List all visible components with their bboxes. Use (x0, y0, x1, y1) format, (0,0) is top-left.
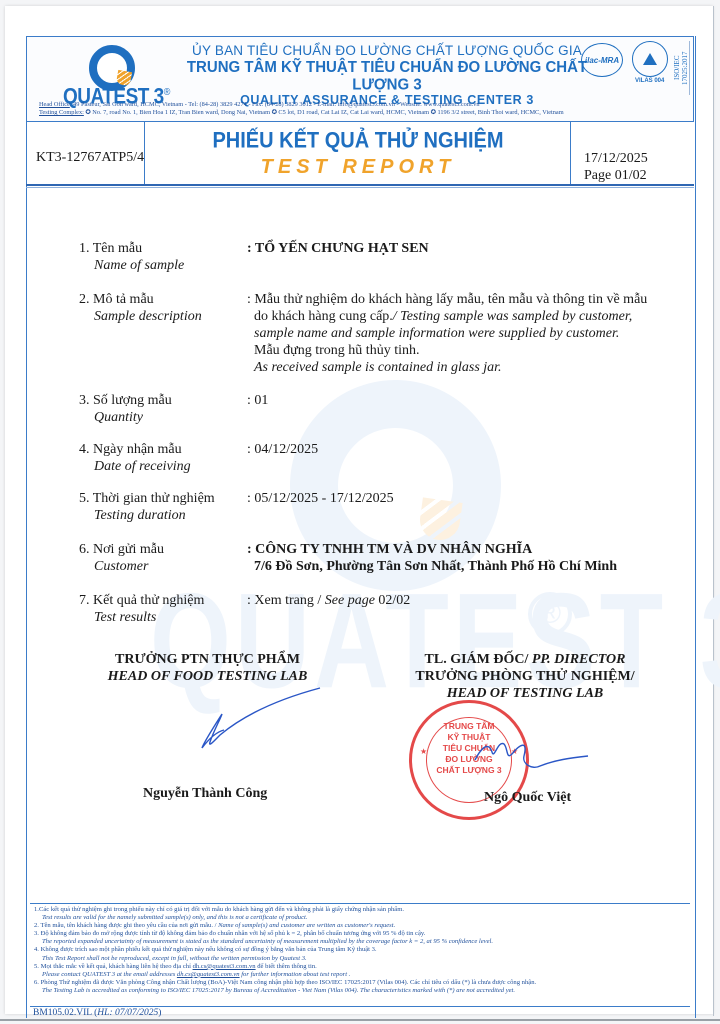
logo-rays-icon (116, 70, 132, 86)
field-label-vn: 5. Thời gian thử nghiệm (79, 491, 215, 506)
signature-title-3: HEAD OF TESTING LAB (400, 685, 650, 702)
signature-title-2: TRƯỞNG PHÒNG THỬ NGHIỆM/ (400, 668, 650, 685)
field-value: : TỔ YẾN CHƯNG HẠT SEN (247, 240, 679, 257)
note-1-en: Test results are valid for the namely su… (34, 914, 686, 922)
page-edge-bottom (0, 1019, 720, 1021)
report-title-vn: PHIẾU KẾT QUẢ THỬ NGHIỆM (146, 129, 570, 154)
note-4-vn: 4. Không được trích sao một phần phiếu k… (34, 946, 686, 954)
report-date-page: 17/12/2025 Page 01/02 (584, 150, 648, 184)
org-line-2: TRUNG TÂM KỸ THUẬT TIÊU CHUẨN ĐO LƯỜNG C… (177, 58, 597, 94)
field-label-vn: 4. Ngày nhận mẫu (79, 442, 182, 457)
field-label-en: Test results (79, 609, 249, 626)
footnotes: 1.Các kết quả thử nghiệm ghi trong phiếu… (30, 903, 690, 1007)
field-label-vn: 3. Số lượng mẫu (79, 393, 172, 408)
form-code: BM105.02.VIL (HL: 07/07/2025) (33, 1008, 161, 1018)
field-label-vn: 7. Kết quả thử nghiệm (79, 593, 204, 608)
field-label-en: Sample description (79, 308, 249, 325)
note-6-en: The Testing Lab is accredited as conform… (34, 987, 686, 995)
letterhead: QUATEST 3® ỦY BAN TIÊU CHUẨN ĐO LƯỜNG CH… (26, 36, 694, 122)
contact-email-link[interactable]: dh.cs@quatest3.com.vn (193, 963, 256, 970)
note-3-vn: 3. Độ không đảm bảo đo mở rộng được tính… (34, 930, 686, 938)
field-label-vn: 2. Mô tả mẫu (79, 292, 154, 307)
note-3-en: The reported expanded uncertainty of mea… (34, 938, 686, 946)
field-label-en: Date of receiving (79, 458, 249, 475)
field-label-vn: 1. Tên mẫu (79, 241, 142, 256)
note-2: 2. Tên mẫu, tên khách hàng được ghi theo… (34, 922, 686, 930)
organization-name: ỦY BAN TIÊU CHUẨN ĐO LƯỜNG CHẤT LƯỢNG QU… (177, 43, 597, 107)
report-date: 17/12/2025 (584, 150, 648, 167)
title-band: KT3-12767ATP5/4 PHIẾU KẾT QUẢ THỬ NGHIỆM… (26, 122, 694, 189)
note-5-vn: 5. Mọi thắc mắc về kết quả, khách hàng l… (34, 963, 686, 971)
signature-scribble-right-icon (470, 730, 590, 780)
signature-title-vn: TL. GIÁM ĐỐC/ PP. DIRECTOR (400, 651, 650, 668)
vilas-label: VILAS 004 (635, 78, 664, 84)
field-value: : 05/12/2025 - 17/12/2025 (247, 490, 679, 507)
field-value: : CÔNG TY TNHH TM VÀ DV NHÂN NGHĨA 7/6 Đ… (247, 541, 679, 575)
field-label-en: Name of sample (79, 257, 249, 274)
report-title-en: TEST REPORT (146, 156, 570, 179)
note-1-vn: 1.Các kết quả thử nghiệm ghi trong phiếu… (34, 906, 686, 914)
signature-scribble-left-icon (190, 680, 330, 755)
field-label-en: Testing duration (79, 507, 249, 524)
field-label-vn: 6. Nơi gửi mẫu (79, 542, 164, 557)
iso-label: ISO/IEC 17025:2017 (673, 41, 690, 95)
page-number: Page 01/02 (584, 167, 648, 184)
org-line-1: ỦY BAN TIÊU CHUẨN ĐO LƯỜNG CHẤT LƯỢNG QU… (177, 43, 597, 58)
signer-name-right: Ngô Quốc Việt (484, 790, 571, 806)
field-value: : Xem trang / See page 02/02 (247, 592, 679, 609)
report-number: KT3-12767ATP5/4 (36, 150, 144, 166)
note-4-en: This Test Report shall not be reproduced… (34, 955, 686, 963)
note-5-en: Please contact QUATEST 3 at the email ad… (34, 971, 686, 979)
divider (26, 187, 694, 188)
field-label-en: Customer (79, 558, 249, 575)
divider (570, 122, 571, 184)
field-value: : Mẫu thử nghiệm do khách hàng lấy mẫu, … (247, 291, 679, 376)
page-edge (713, 6, 714, 1016)
boa-badge-icon (632, 41, 668, 77)
testing-complex-line: Testing Complex: ✪ No. 7, road No. 1, Bi… (39, 109, 689, 117)
signature-title-vn: TRƯỞNG PTN THỰC PHẨM (100, 651, 315, 668)
note-6-vn: 6. Phòng Thử nghiệm đã được Văn phòng Cô… (34, 979, 686, 987)
signer-name-left: Nguyễn Thành Công (143, 786, 267, 802)
address-block: Head Office: 49 Pasteur, Sai Gon ward, H… (39, 101, 689, 117)
signature-block-right: TL. GIÁM ĐỐC/ PP. DIRECTOR TRƯỞNG PHÒNG … (400, 651, 650, 702)
divider (26, 184, 694, 186)
field-label-en: Quantity (79, 409, 249, 426)
contact-email-link[interactable]: dh.cs@quatest3.com.vn (177, 971, 240, 978)
field-value: : 01 (247, 392, 679, 409)
divider (144, 122, 145, 184)
field-value: : 04/12/2025 (247, 441, 679, 458)
ilac-mra-badge-icon: ilac-MRA (581, 43, 623, 77)
quatest-logo: QUATEST 3® (63, 45, 163, 103)
head-office-line: Head Office: 49 Pasteur, Sai Gon ward, H… (39, 101, 689, 109)
